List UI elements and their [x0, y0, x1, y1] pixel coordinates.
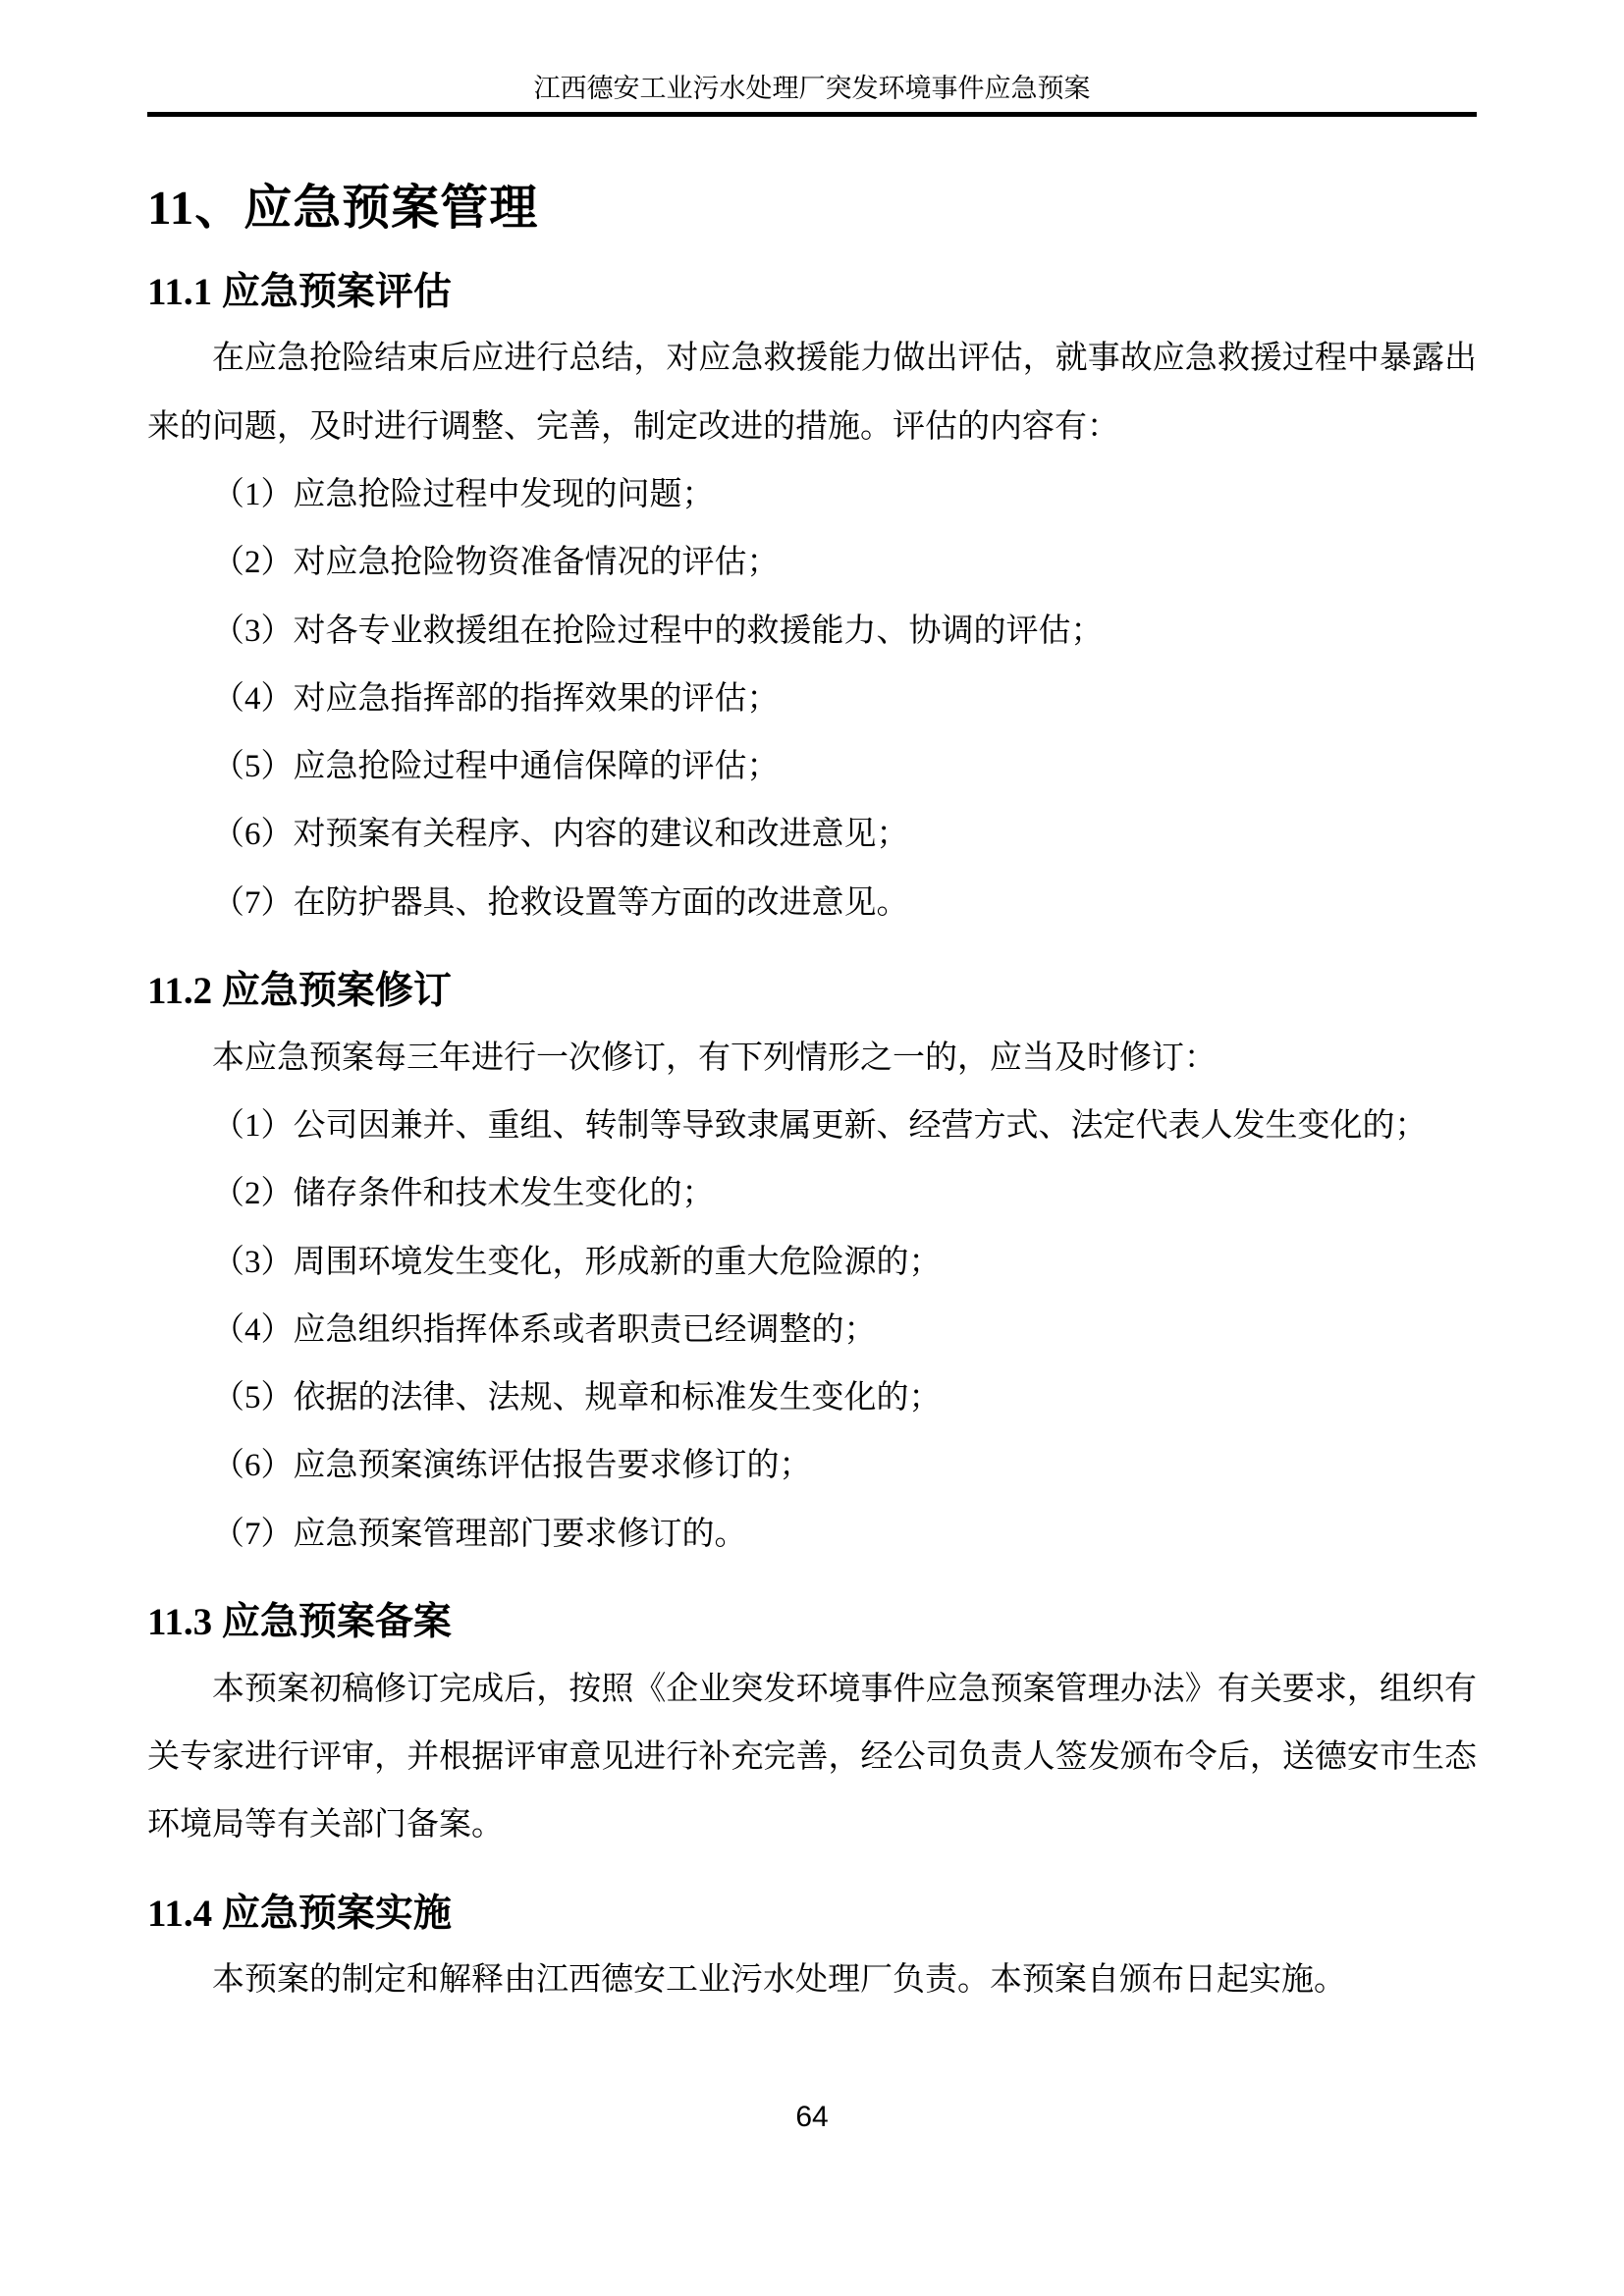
- list-item: （3）对各专业救援组在抢险过程中的救援能力、协调的评估；: [147, 598, 1477, 666]
- chapter-title: 11、应急预案管理: [147, 178, 1477, 238]
- section-11-3: 11.3 应急预案备案 本预案初稿修订完成后，按照《企业突发环境事件应急预案管理…: [147, 1598, 1477, 1860]
- list-item: （2）储存条件和技术发生变化的；: [147, 1160, 1477, 1228]
- list-item: （5）应急抢险过程中通信保障的评估；: [147, 733, 1477, 801]
- section-11-2: 11.2 应急预案修订 本应急预案每三年进行一次修订，有下列情形之一的，应当及时…: [147, 967, 1477, 1569]
- list-item: （7）在防护器具、抢救设置等方面的改进意见。: [147, 870, 1477, 937]
- section-11-4-heading: 11.4 应急预案实施: [147, 1890, 1477, 1940]
- page-number: 64: [0, 2101, 1624, 2134]
- section-11-2-heading: 11.2 应急预案修订: [147, 967, 1477, 1017]
- list-item: （4）对应急指挥部的指挥效果的评估；: [147, 666, 1477, 733]
- list-item: （5）依据的法律、法规、规章和标准发生变化的；: [147, 1364, 1477, 1432]
- section-11-4: 11.4 应急预案实施 本预案的制定和解释由江西德安工业污水处理厂负责。本预案自…: [147, 1890, 1477, 2015]
- header-rule: [147, 112, 1477, 117]
- section-11-1: 11.1 应急预案评估 在应急抢险结束后应进行总结，对应急救援能力做出评估，就事…: [147, 268, 1477, 937]
- paragraph: 本预案的制定和解释由江西德安工业污水处理厂负责。本预案自颁布日起实施。: [147, 1947, 1477, 2014]
- list-item: （6）对预案有关程序、内容的建议和改进意见；: [147, 801, 1477, 869]
- paragraph: 在应急抢险结束后应进行总结，对应急救援能力做出评估，就事故应急救援过程中暴露出来…: [147, 325, 1477, 461]
- running-header-title: 江西德安工业污水处理厂突发环境事件应急预案: [147, 0, 1477, 104]
- list-item: （1）应急抢险过程中发现的问题；: [147, 461, 1477, 529]
- section-11-1-heading: 11.1 应急预案评估: [147, 268, 1477, 318]
- paragraph: 本预案初稿修订完成后，按照《企业突发环境事件应急预案管理办法》有关要求，组织有关…: [147, 1656, 1477, 1860]
- list-item: （4）应急组织指挥体系或者职责已经调整的；: [147, 1297, 1477, 1364]
- list-item: （2）对应急抢险物资准备情况的评估；: [147, 529, 1477, 597]
- section-11-3-heading: 11.3 应急预案备案: [147, 1598, 1477, 1648]
- list-item: （7）应急预案管理部门要求修订的。: [147, 1501, 1477, 1569]
- list-item: （6）应急预案演练评估报告要求修订的；: [147, 1432, 1477, 1500]
- document-page: 江西德安工业污水处理厂突发环境事件应急预案 11、应急预案管理 11.1 应急预…: [0, 0, 1624, 2296]
- list-item: （3）周围环境发生变化，形成新的重大危险源的；: [147, 1229, 1477, 1297]
- list-item: （1）公司因兼并、重组、转制等导致隶属更新、经营方式、法定代表人发生变化的；: [147, 1093, 1477, 1160]
- paragraph: 本应急预案每三年进行一次修订，有下列情形之一的，应当及时修订：: [147, 1025, 1477, 1093]
